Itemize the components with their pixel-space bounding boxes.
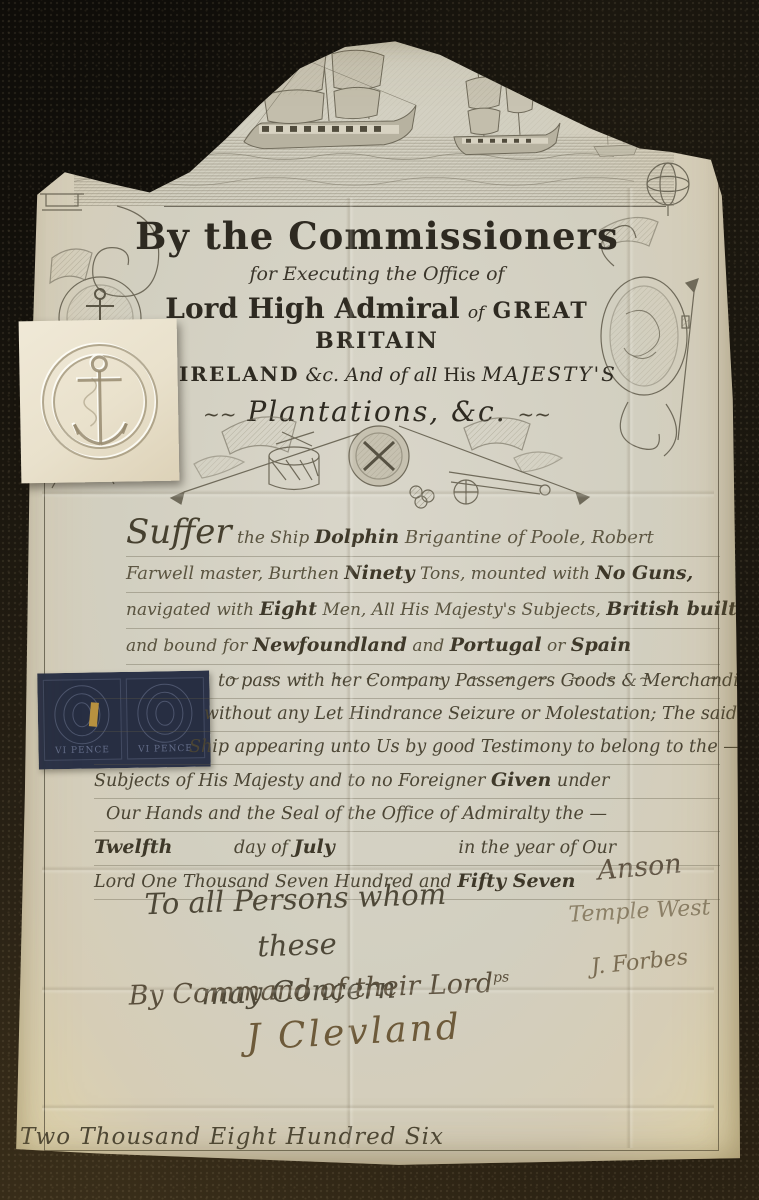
handwritten-line: and bound for Newfoundland and Portugal … xyxy=(126,629,720,665)
title-lord-high-admiral: Lord High Admiral of GREAT BRITAIN xyxy=(134,292,620,355)
handwritten-line: without any Let Hindrance Seizure or Mol… xyxy=(94,699,720,732)
handwritten-line: Our Hands and the Seal of the Office of … xyxy=(94,799,720,832)
frame-left-rule xyxy=(44,468,45,1150)
admiralty-pass-document: By the Commissioners for Executing the O… xyxy=(14,38,740,1166)
handwritten-line: navigated with Eight Men, All His Majest… xyxy=(126,593,720,629)
title-executing: for Executing the Office of xyxy=(134,263,620,285)
globe-icon xyxy=(647,163,689,216)
photograph-background: By the Commissioners for Executing the O… xyxy=(0,0,759,1200)
handwritten-line: Ship appearing unto Us by good Testimony… xyxy=(94,732,720,765)
registry-number-words: Two Thousand Eight Hundred Six xyxy=(20,1124,450,1150)
cannonballs-icon xyxy=(410,486,434,508)
handwritten-line: Farwell master, Burthen Ninety Tons, mou… xyxy=(126,557,720,593)
ship-details-lines: Suffer the Ship Dolphin Brigantine of Po… xyxy=(126,516,720,665)
admiralty-seal xyxy=(19,319,180,484)
title-commissioners: By the Commissioners xyxy=(134,214,620,258)
closing-line-1: To all Persons whom these xyxy=(100,869,493,975)
admiralty-seal-emboss-icon xyxy=(19,319,180,484)
frame-bottom-rule xyxy=(44,1150,719,1151)
horizontal-fold xyxy=(42,1104,714,1112)
arms-trophy-engraving-icon xyxy=(164,394,594,514)
signature-forbes: J. Forbes xyxy=(541,940,738,985)
shield-icon xyxy=(349,426,409,486)
signature-column: Anson Temple West J. Forbes xyxy=(542,852,737,975)
handwritten-line: Subjects of His Majesty and to no Foreig… xyxy=(94,765,720,799)
handwritten-line: to pass with her Company Passengers Good… xyxy=(94,666,720,699)
handwritten-line: Suffer the Ship Dolphin Brigantine of Po… xyxy=(126,516,720,557)
signature-temple-west: Temple West xyxy=(541,894,737,929)
body-paragraph-ship-details: Suffer the Ship Dolphin Brigantine of Po… xyxy=(126,516,720,687)
superscript-ps: ps xyxy=(493,969,510,986)
title-ireland-majestys: and IRELAND &c. And of all His MAJESTY'S xyxy=(134,362,620,386)
